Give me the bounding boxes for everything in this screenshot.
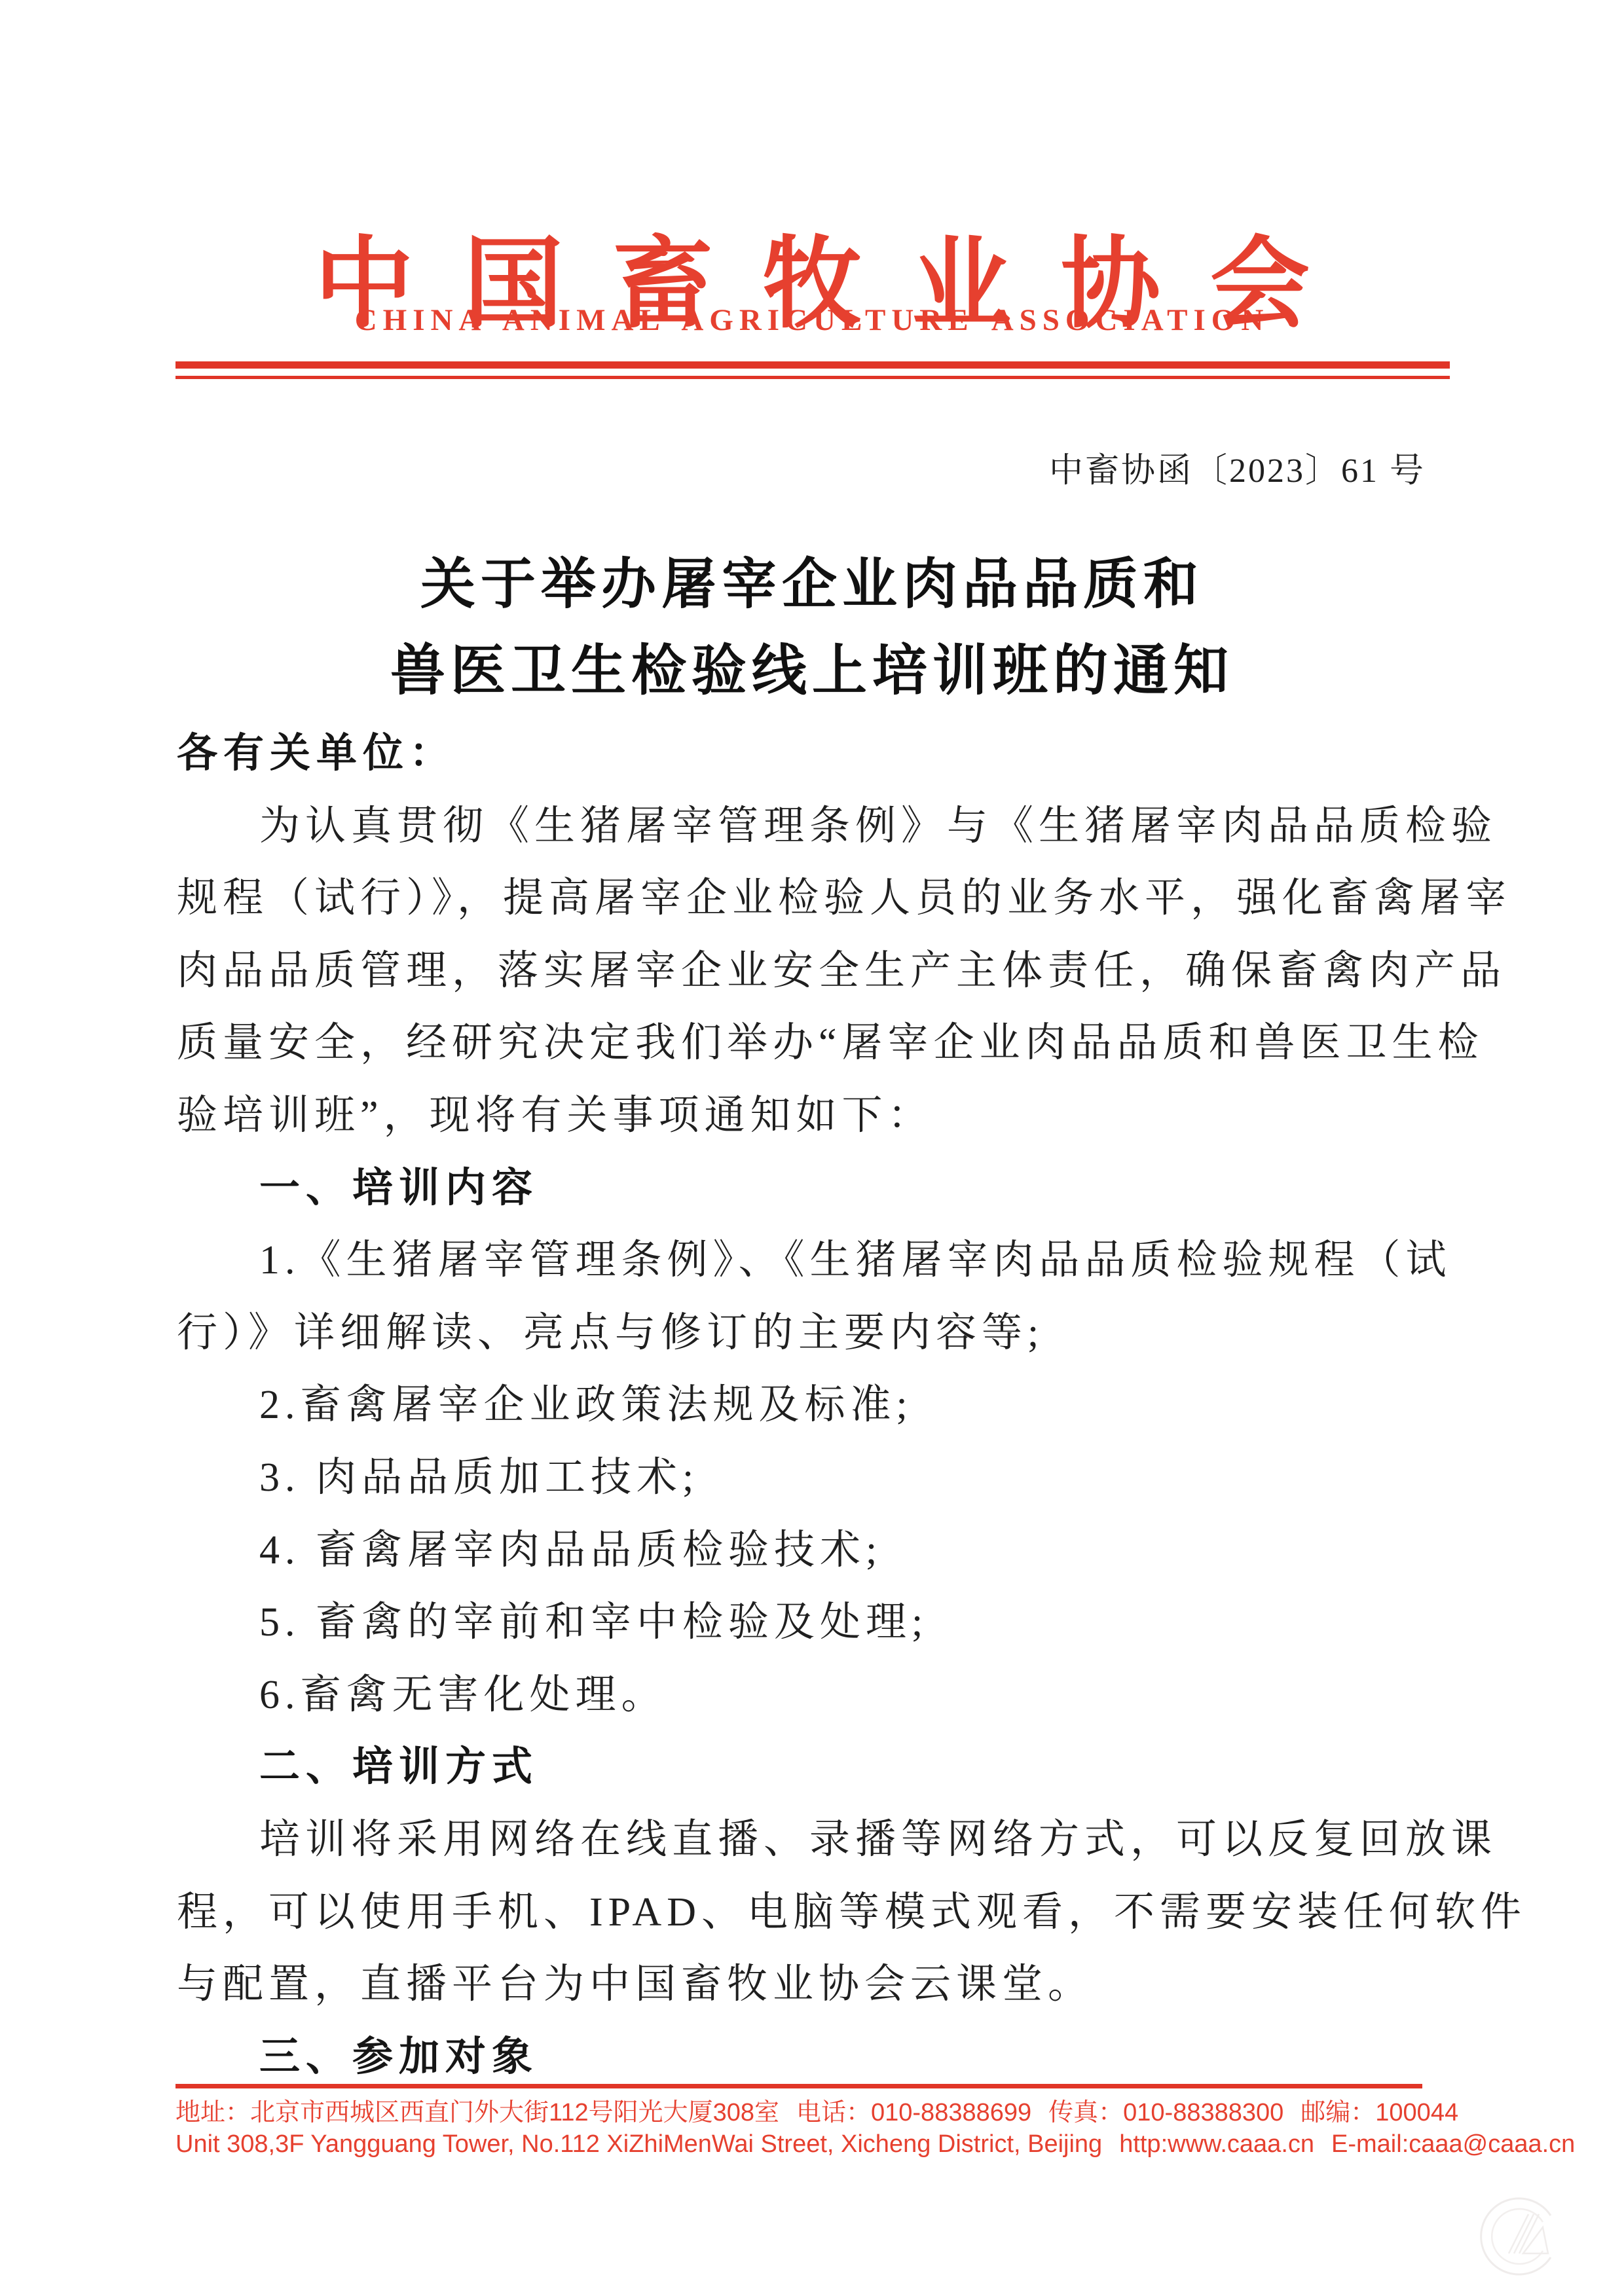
footer: 地址：北京市西城区西直门外大街112号阳光大厦308室电话：010-883886… — [175, 2084, 1422, 2160]
org-name-en: CHINA ANIMAL AGRICULTURE ASSOCIATION — [0, 302, 1624, 338]
footer-rule — [175, 2084, 1422, 2088]
paragraph1-line: 验培训班”，现将有关事项通知如下： — [177, 1080, 1448, 1152]
paragraph2-line: 培训将采用网络在线直播、录播等网络方式，可以反复回放课 — [177, 1804, 1448, 1876]
doc-title-line1: 关于举办屠宰企业肉品品质和 — [0, 542, 1624, 629]
section1-item: 4. 畜禽屠宰肉品品质检验技术; — [177, 1514, 1448, 1587]
footer-postcode: 邮编：100044 — [1301, 2099, 1458, 2126]
footer-phone: 电话：010-88388699 — [796, 2099, 1031, 2126]
footer-website: http:www.caaa.cn — [1119, 2130, 1314, 2158]
section1-item: 行）》详细解读、亮点与修订的主要内容等; — [177, 1297, 1448, 1370]
section1-item: 3. 肉品品质加工技术; — [177, 1442, 1448, 1514]
section1-heading: 一、培训内容 — [177, 1152, 1448, 1225]
section1-item: 6.畜禽无害化处理。 — [177, 1659, 1448, 1732]
paragraph1-line: 规程（试行）》，提高屠宰企业检验人员的业务水平，强化畜禽屠宰 — [177, 862, 1448, 935]
footer-email: E-mail:caaa@caaa.cn — [1331, 2130, 1575, 2158]
paragraph1-line: 质量安全，经研究决定我们举办“屠宰企业肉品品质和兽医卫生检 — [177, 1007, 1448, 1080]
document-page: 中国畜牧业协会 CHINA ANIMAL AGRICULTURE ASSOCIA… — [0, 0, 1624, 2296]
section3-heading: 三、参加对象 — [177, 2021, 1448, 2094]
paragraph1-line: 为认真贯彻《生猪屠宰管理条例》与《生猪屠宰肉品品质检验 — [177, 790, 1448, 863]
letterhead-rule-thick — [175, 361, 1450, 369]
section1-item: 2.畜禽屠宰企业政策法规及标准; — [177, 1369, 1448, 1442]
caaa-logo-watermark — [1480, 2193, 1566, 2280]
doc-body: 各有关单位： 为认真贯彻《生猪屠宰管理条例》与《生猪屠宰肉品品质检验 规程（试行… — [177, 718, 1448, 2093]
paragraph1-line: 肉品品质管理，落实屠宰企业安全生产主体责任，确保畜禽肉产品 — [177, 935, 1448, 1008]
footer-address: 地址：北京市西城区西直门外大街112号阳光大厦308室 — [175, 2099, 779, 2126]
footer-fax: 传真：010-88388300 — [1048, 2099, 1283, 2126]
section1-item: 5. 畜禽的宰前和宰中检验及处理; — [177, 1586, 1448, 1659]
footer-contact-cn: 地址：北京市西城区西直门外大街112号阳光大厦308室电话：010-883886… — [175, 2097, 1422, 2128]
paragraph2-line: 与配置，直播平台为中国畜牧业协会云课堂。 — [177, 1948, 1448, 2021]
footer-address-en: Unit 308,3F Yangguang Tower, No.112 XiZh… — [175, 2130, 1102, 2158]
section2-heading: 二、培训方式 — [177, 1731, 1448, 1804]
doc-title: 关于举办屠宰企业肉品品质和 兽医卫生检验线上培训班的通知 — [0, 542, 1624, 715]
section1-item: 1.《生猪屠宰管理条例》、《生猪屠宰肉品品质检验规程（试 — [177, 1224, 1448, 1297]
greeting: 各有关单位： — [177, 718, 1448, 790]
letterhead-rule-thin — [175, 376, 1450, 379]
doc-number: 中畜协函〔2023〕61 号 — [1049, 443, 1426, 492]
doc-title-line2: 兽医卫生检验线上培训班的通知 — [0, 629, 1624, 715]
footer-contact-en: Unit 308,3F Yangguang Tower, No.112 XiZh… — [175, 2128, 1422, 2160]
paragraph2-line: 程，可以使用手机、IPAD、电脑等模式观看，不需要安装任何软件 — [177, 1876, 1448, 1949]
